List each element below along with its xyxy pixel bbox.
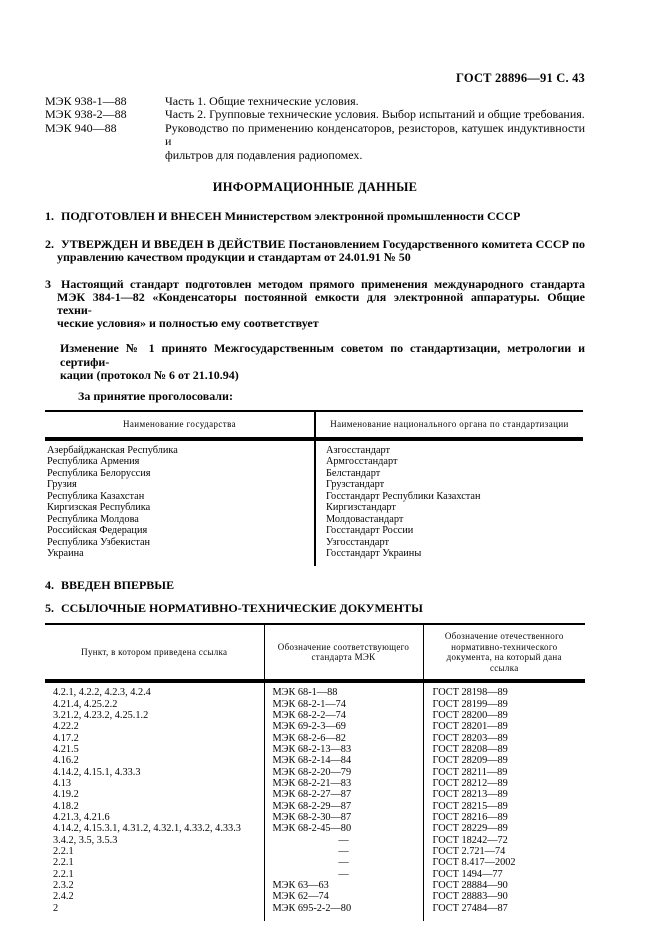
- state-name-header: Наименование государства: [45, 411, 315, 439]
- mek-standard-cell: МЭК 68-2-20—79: [264, 767, 423, 778]
- vote-table-row: Республика Узбекистан Узгосстандарт: [45, 537, 583, 549]
- mek-standard-cell: —: [264, 857, 423, 868]
- document-page: ГОСТ 28896—91 С. 43 МЭК 938-1—88 Часть 1…: [0, 0, 661, 936]
- state-cell: Республика Молдова: [45, 514, 315, 526]
- mek-standard-cell: МЭК 68-2-14—84: [264, 755, 423, 766]
- vote-intro-label: За принятие проголосовали:: [78, 390, 585, 403]
- gost-document-cell: ГОСТ 28199—89: [423, 699, 585, 710]
- ref-table-row: 4.17.2 МЭК 68-2-6—82 ГОСТ 28203—89: [45, 733, 585, 744]
- vote-table-row: Киргизская Республика Киргизстандарт: [45, 502, 583, 514]
- ref-table-row: 4.18.2 МЭК 68-2-29—87 ГОСТ 28215—89: [45, 801, 585, 812]
- vote-table-row: Украина Госстандарт Украины: [45, 548, 583, 566]
- vote-table-row: Республика Белоруссия Белстандарт: [45, 468, 583, 480]
- ref-table-header: Пункт, в котором приведена ссылка Обозна…: [45, 624, 585, 681]
- item-text: ПОДГОТОВЛЕН И ВНЕСЕН Министерством элект…: [61, 209, 520, 223]
- gost-document-cell: ГОСТ 28209—89: [423, 755, 585, 766]
- page-header: ГОСТ 28896—91 С. 43: [45, 71, 585, 86]
- numbered-item-3: 3Настоящий стандарт подготовлен методом …: [45, 278, 585, 331]
- clause-cell: 4.21.5: [45, 744, 264, 755]
- clause-cell: 4.17.2: [45, 733, 264, 744]
- org-cell: Госстандарт Украины: [315, 548, 583, 566]
- ref-table-row: 4.19.2 МЭК 68-2-27—87 ГОСТ 28213—89: [45, 789, 585, 800]
- vote-table-row: Грузия Грузстандарт: [45, 479, 583, 491]
- state-cell: Азербайджанская Республика: [45, 439, 315, 457]
- mek-standard-header: Обозначение соответствующего стандарта М…: [264, 624, 423, 681]
- item-line: 3Настоящий стандарт подготовлен методом …: [45, 278, 585, 291]
- gost-document-cell: ГОСТ 28200—89: [423, 710, 585, 721]
- item-text: ССЫЛОЧНЫЕ НОРМАТИВНО-ТЕХНИЧЕСКИЕ ДОКУМЕН…: [61, 601, 423, 615]
- state-cell: Украина: [45, 548, 315, 566]
- amendment-paragraph: Изменение № 1 принято Межгосударственным…: [60, 342, 585, 382]
- gost-document-cell: ГОСТ 28213—89: [423, 789, 585, 800]
- ref-table-row: 4.22.2 МЭК 69-2-3—69 ГОСТ 28201—89: [45, 721, 585, 732]
- org-cell: Госстандарт Республики Казахстан: [315, 491, 583, 503]
- vote-table-row: Республика Молдова Молдовастандарт: [45, 514, 583, 526]
- item-line: 1.ПОДГОТОВЛЕН И ВНЕСЕН Министерством эле…: [45, 210, 585, 223]
- clause-cell: 2.2.1: [45, 846, 264, 857]
- item-text: ВВЕДЕН ВПЕРВЫЕ: [61, 578, 174, 592]
- vote-table-row: Республика Казахстан Госстандарт Республ…: [45, 491, 583, 503]
- ref-table-row: 4.16.2 МЭК 68-2-14—84 ГОСТ 28209—89: [45, 755, 585, 766]
- gost-doc-header: Обозначение отечественного нормативно-те…: [423, 624, 585, 681]
- mek-standard-cell: МЭК 68-1—88: [264, 681, 423, 698]
- ref-table-row: 2.2.1 — ГОСТ 1494—77: [45, 869, 585, 880]
- mek-description-line: Руководство по применению конденсаторов,…: [165, 122, 585, 149]
- org-cell: Белстандарт: [315, 468, 583, 480]
- org-name-header: Наименование национального органа по ста…: [315, 411, 583, 439]
- mek-standard-cell: МЭК 68-2-2—74: [264, 710, 423, 721]
- gost-document-cell: ГОСТ 28216—89: [423, 812, 585, 823]
- clause-cell: 2.4.2: [45, 891, 264, 902]
- gost-document-cell: ГОСТ 28212—89: [423, 778, 585, 789]
- vote-table-row: Азербайджанская Республика Азгосстандарт: [45, 439, 583, 457]
- item-line: МЭК 384-1—82 «Конденсаторы постоянной ем…: [57, 291, 585, 317]
- referenced-documents-item: 5.ССЫЛОЧНЫЕ НОРМАТИВНО-ТЕХНИЧЕСКИЕ ДОКУМ…: [45, 602, 585, 615]
- gost-document-cell: ГОСТ 8.417—2002: [423, 857, 585, 868]
- mek-description: Руководство по применению конденсаторов,…: [165, 122, 585, 162]
- clause-header: Пункт, в котором приведена ссылка: [45, 624, 264, 681]
- state-cell: Грузия: [45, 479, 315, 491]
- mek-standard-cell: МЭК 68-2-27—87: [264, 789, 423, 800]
- ref-table-row: 4.14.2, 4.15.3.1, 4.31.2, 4.32.1, 4.33.2…: [45, 823, 585, 834]
- gost-document-cell: ГОСТ 28208—89: [423, 744, 585, 755]
- gost-document-cell: ГОСТ 28229—89: [423, 823, 585, 834]
- gost-document-cell: ГОСТ 28211—89: [423, 767, 585, 778]
- mek-code: МЭК 940—88: [45, 122, 165, 162]
- ref-table: Пункт, в котором приведена ссылка Обозна…: [45, 623, 585, 921]
- org-cell: Армгосстандарт: [315, 456, 583, 468]
- mek-description: Часть 2. Групповые технические условия. …: [165, 108, 585, 121]
- numbered-item-1: 1.ПОДГОТОВЛЕН И ВНЕСЕН Министерством эле…: [45, 210, 585, 223]
- ref-table-row: 4.21.4, 4.25.2.2 МЭК 68-2-1—74 ГОСТ 2819…: [45, 699, 585, 710]
- clause-cell: 3.4.2, 3.5, 3.5.3: [45, 835, 264, 846]
- clause-cell: 4.19.2: [45, 789, 264, 800]
- ref-table-row: 4.21.3, 4.21.6 МЭК 68-2-30—87 ГОСТ 28216…: [45, 812, 585, 823]
- item-text: Настоящий стандарт подготовлен методом п…: [61, 277, 585, 291]
- org-cell: Молдовастандарт: [315, 514, 583, 526]
- mek-standard-cell: МЭК 68-2-21—83: [264, 778, 423, 789]
- ref-table-row: 4.21.5 МЭК 68-2-13—83 ГОСТ 28208—89: [45, 744, 585, 755]
- vote-table: Наименование государства Наименование на…: [45, 410, 583, 566]
- mek-description-line: фильтров для подавления радиопомех.: [165, 149, 585, 162]
- clause-cell: 4.14.2, 4.15.3.1, 4.31.2, 4.32.1, 4.33.2…: [45, 823, 264, 834]
- ref-table-row: 3.21.2, 4.23.2, 4.25.1.2 МЭК 68-2-2—74 Г…: [45, 710, 585, 721]
- mek-reference-row: МЭК 940—88 Руководство по применению кон…: [45, 122, 585, 162]
- state-cell: Республика Армения: [45, 456, 315, 468]
- mek-standard-cell: —: [264, 869, 423, 880]
- org-cell: Госстандарт России: [315, 525, 583, 537]
- gost-document-cell: ГОСТ 18242—72: [423, 835, 585, 846]
- ref-table-row: 4.14.2, 4.15.1, 4.33.3 МЭК 68-2-20—79 ГО…: [45, 767, 585, 778]
- mek-code: МЭК 938-2—88: [45, 108, 165, 121]
- org-cell: Узгосстандарт: [315, 537, 583, 549]
- clause-cell: 4.21.4, 4.25.2.2: [45, 699, 264, 710]
- mek-standard-cell: МЭК 68-2-29—87: [264, 801, 423, 812]
- item-number: 1.: [45, 210, 61, 223]
- ref-table-row: 2.3.2 МЭК 63—63 ГОСТ 28884—90: [45, 880, 585, 891]
- gost-document-cell: ГОСТ 1494—77: [423, 869, 585, 880]
- mek-standard-cell: МЭК 68-2-13—83: [264, 744, 423, 755]
- page-content: ГОСТ 28896—91 С. 43 МЭК 938-1—88 Часть 1…: [45, 0, 585, 921]
- gost-document-cell: ГОСТ 27484—87: [423, 903, 585, 921]
- gost-document-cell: ГОСТ 28215—89: [423, 801, 585, 812]
- clause-cell: 4.22.2: [45, 721, 264, 732]
- mek-standard-cell: МЭК 62—74: [264, 891, 423, 902]
- informational-data-title: ИНФОРМАЦИОННЫЕ ДАННЫЕ: [45, 180, 585, 195]
- mek-standard-cell: МЭК 68-2-30—87: [264, 812, 423, 823]
- org-cell: Азгосстандарт: [315, 439, 583, 457]
- gost-document-cell: ГОСТ 2.721—74: [423, 846, 585, 857]
- item-text: УТВЕРЖДЕН И ВВЕДЕН В ДЕЙСТВИЕ Постановле…: [61, 237, 585, 251]
- gost-document-cell: ГОСТ 28198—89: [423, 681, 585, 698]
- mek-standard-cell: —: [264, 846, 423, 857]
- clause-cell: 4.18.2: [45, 801, 264, 812]
- ref-table-row: 3.4.2, 3.5, 3.5.3 — ГОСТ 18242—72: [45, 835, 585, 846]
- state-cell: Республика Казахстан: [45, 491, 315, 503]
- state-cell: Республика Белоруссия: [45, 468, 315, 480]
- mek-description-line: Часть 2. Групповые технические условия. …: [165, 108, 585, 121]
- item-line: ческие условия» и полностью ему соответс…: [57, 317, 585, 330]
- item-line: 5.ССЫЛОЧНЫЕ НОРМАТИВНО-ТЕХНИЧЕСКИЕ ДОКУМ…: [45, 602, 585, 615]
- ref-table-row: 4.13 МЭК 68-2-21—83 ГОСТ 28212—89: [45, 778, 585, 789]
- org-cell: Киргизстандарт: [315, 502, 583, 514]
- org-cell: Грузстандарт: [315, 479, 583, 491]
- clause-cell: 4.2.1, 4.2.2, 4.2.3, 4.2.4: [45, 681, 264, 698]
- amendment-line: Изменение № 1 принято Межгосударственным…: [60, 342, 585, 368]
- clause-cell: 2.2.1: [45, 857, 264, 868]
- ref-table-row: 2.4.2 МЭК 62—74 ГОСТ 28883—90: [45, 891, 585, 902]
- ref-table-row: 2.2.1 — ГОСТ 2.721—74: [45, 846, 585, 857]
- gost-document-cell: ГОСТ 28883—90: [423, 891, 585, 902]
- clause-cell: 4.13: [45, 778, 264, 789]
- amendment-line: кации (протокол № 6 от 21.10.94): [60, 369, 585, 382]
- mek-reference-row: МЭК 938-1—88 Часть 1. Общие технические …: [45, 95, 585, 108]
- clause-cell: 3.21.2, 4.23.2, 4.25.1.2: [45, 710, 264, 721]
- mek-standard-cell: МЭК 68-2-1—74: [264, 699, 423, 710]
- item-line: управлению качеством продукции и стандар…: [57, 251, 585, 264]
- ref-table-row: 4.2.1, 4.2.2, 4.2.3, 4.2.4 МЭК 68-1—88 Г…: [45, 681, 585, 698]
- clause-cell: 4.16.2: [45, 755, 264, 766]
- mek-standard-cell: МЭК 69-2-3—69: [264, 721, 423, 732]
- introduced-first-item: 4.ВВЕДЕН ВПЕРВЫЕ: [45, 579, 585, 592]
- vote-table-row: Российская Федерация Госстандарт России: [45, 525, 583, 537]
- mek-standard-cell: МЭК 68-2-45—80: [264, 823, 423, 834]
- mek-code: МЭК 938-1—88: [45, 95, 165, 108]
- vote-table-row: Республика Армения Армгосстандарт: [45, 456, 583, 468]
- mek-standard-cell: —: [264, 835, 423, 846]
- vote-table-header: Наименование государства Наименование на…: [45, 411, 583, 439]
- state-cell: Российская Федерация: [45, 525, 315, 537]
- gost-document-cell: ГОСТ 28201—89: [423, 721, 585, 732]
- numbered-item-2: 2.УТВЕРЖДЕН И ВВЕДЕН В ДЕЙСТВИЕ Постанов…: [45, 238, 585, 264]
- mek-standard-cell: МЭК 695-2-2—80: [264, 903, 423, 921]
- state-cell: Республика Узбекистан: [45, 537, 315, 549]
- ref-table-row: 2.2.1 — ГОСТ 8.417—2002: [45, 857, 585, 868]
- mek-reference-row: МЭК 938-2—88 Часть 2. Групповые техничес…: [45, 108, 585, 121]
- state-cell: Киргизская Республика: [45, 502, 315, 514]
- clause-cell: 2.3.2: [45, 880, 264, 891]
- gost-document-cell: ГОСТ 28203—89: [423, 733, 585, 744]
- mek-reference-list: МЭК 938-1—88 Часть 1. Общие технические …: [45, 95, 585, 162]
- item-number: 3: [45, 278, 61, 291]
- mek-description-line: Часть 1. Общие технические условия.: [165, 95, 585, 108]
- gost-document-cell: ГОСТ 28884—90: [423, 880, 585, 891]
- clause-cell: 4.21.3, 4.21.6: [45, 812, 264, 823]
- clause-cell: 2.2.1: [45, 869, 264, 880]
- item-number: 5.: [45, 602, 61, 615]
- mek-description: Часть 1. Общие технические условия.: [165, 95, 585, 108]
- ref-table-row: 2 МЭК 695-2-2—80 ГОСТ 27484—87: [45, 903, 585, 921]
- mek-standard-cell: МЭК 63—63: [264, 880, 423, 891]
- mek-standard-cell: МЭК 68-2-6—82: [264, 733, 423, 744]
- clause-cell: 4.14.2, 4.15.1, 4.33.3: [45, 767, 264, 778]
- item-number: 4.: [45, 579, 61, 592]
- item-line: 4.ВВЕДЕН ВПЕРВЫЕ: [45, 579, 585, 592]
- clause-cell: 2: [45, 903, 264, 921]
